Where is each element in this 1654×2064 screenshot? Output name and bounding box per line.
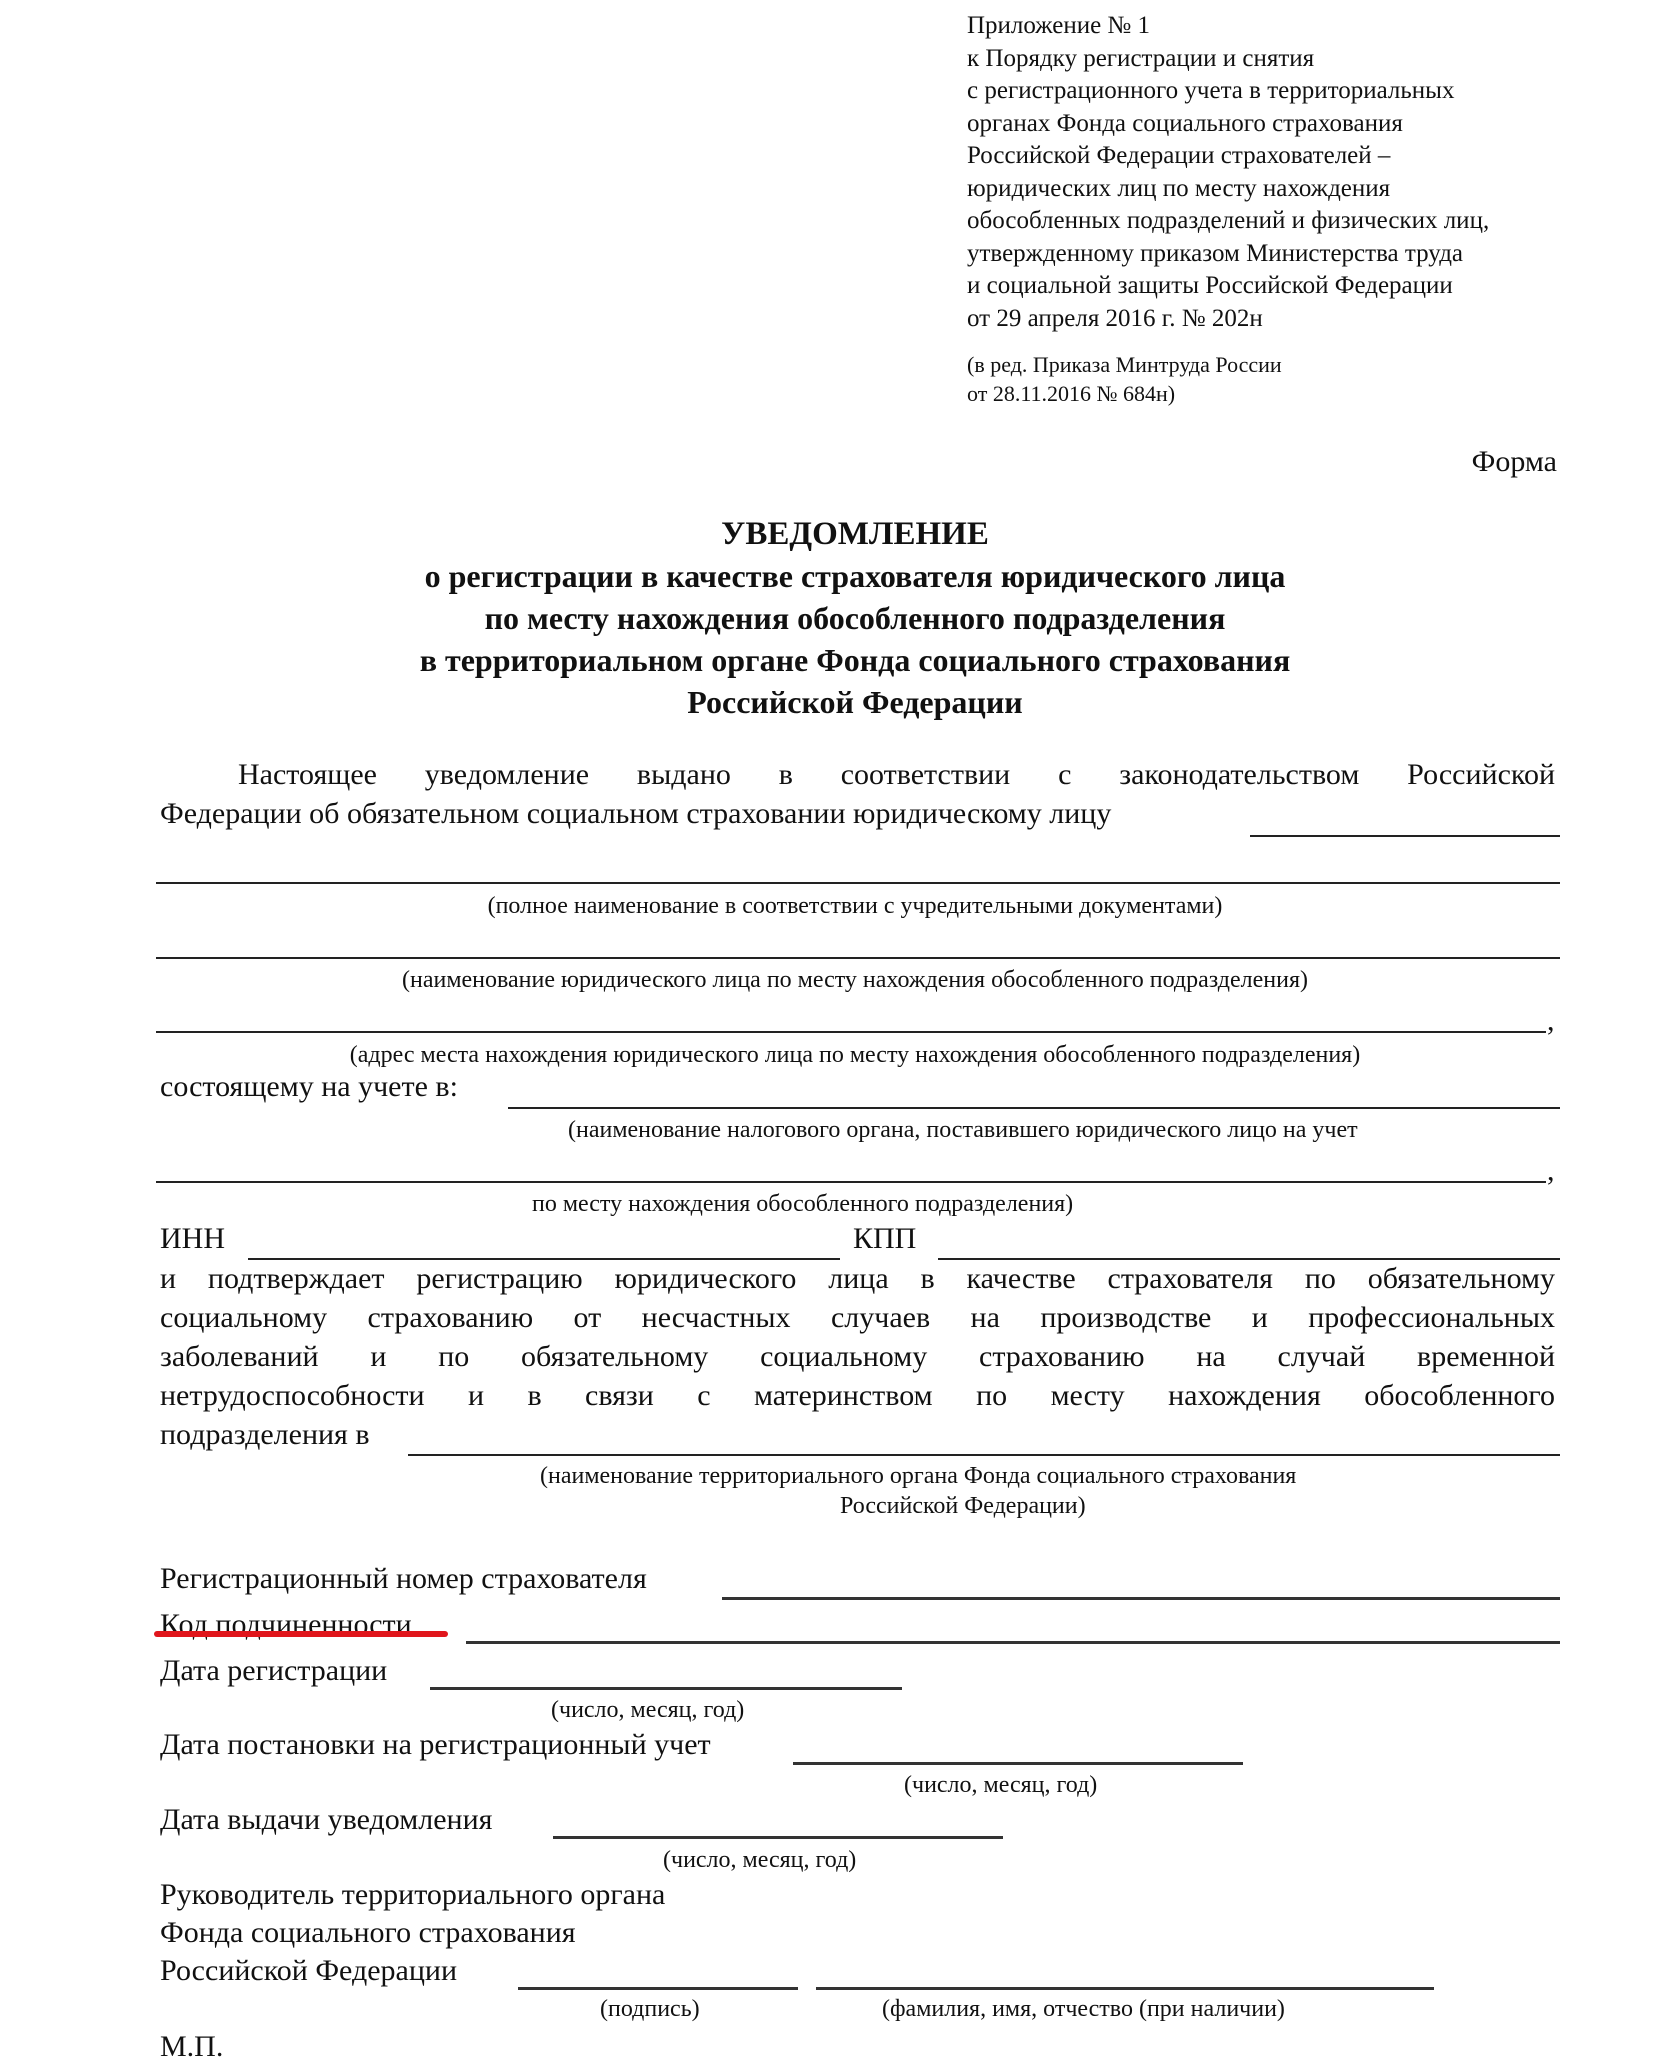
registration-number-field[interactable] bbox=[722, 1597, 1560, 1600]
appendix-line: от 29 апреля 2016 г. № 202н bbox=[967, 303, 1489, 336]
subdivision-name-field[interactable] bbox=[156, 957, 1560, 959]
confirmation-last-line: подразделения в bbox=[160, 1418, 370, 1452]
title-line: о регистрации в качестве страхователя юр… bbox=[0, 555, 1654, 597]
registration-date-label: Дата регистрации bbox=[160, 1654, 387, 1688]
tax-authority-field-2[interactable] bbox=[156, 1181, 1546, 1183]
fss-body-field[interactable] bbox=[408, 1454, 1560, 1456]
fss-body-hint-1: (наименование территориального органа Фо… bbox=[540, 1463, 1296, 1490]
title-line: Российской Федерации bbox=[0, 681, 1654, 723]
revision-note: (в ред. Приказа Минтруда России от 28.11… bbox=[967, 350, 1282, 408]
signature-title-line: Руководитель территориального органа bbox=[160, 1878, 665, 1912]
appendix-line: Российской Федерации страхователей – bbox=[967, 140, 1489, 173]
tax-authority-hint-2: по месту нахождения обособленного подраз… bbox=[532, 1191, 1073, 1218]
revision-line: (в ред. Приказа Минтруда России bbox=[967, 350, 1282, 379]
full-name-hint: (полное наименование в соответствии с уч… bbox=[0, 893, 1654, 920]
confirmation-line: и подтверждает регистрацию юридического … bbox=[160, 1262, 1555, 1296]
appendix-line: обособленных подразделений и физических … bbox=[967, 205, 1489, 238]
registration-number-label: Регистрационный номер страхователя bbox=[160, 1562, 647, 1596]
stamp-label: М.П. bbox=[160, 2030, 223, 2064]
full-person-name-hint: (фамилия, имя, отчество (при наличии) bbox=[882, 1996, 1285, 2023]
appendix-header: Приложение № 1 к Порядку регистрации и с… bbox=[967, 10, 1489, 335]
confirmation-line: нетрудоспособности и в связи с материнст… bbox=[160, 1379, 1555, 1413]
accounting-date-field[interactable] bbox=[793, 1762, 1243, 1765]
appendix-line: с регистрационного учета в территориальн… bbox=[967, 75, 1489, 108]
signature-title-line: Фонда социального страхования bbox=[160, 1916, 576, 1950]
intro-line-1: Настоящее уведомление выдано в соответст… bbox=[238, 758, 1555, 792]
tax-authority-field[interactable] bbox=[508, 1107, 1560, 1109]
registration-date-field[interactable] bbox=[430, 1687, 902, 1690]
tax-authority-hint-1: (наименование налогового органа, постави… bbox=[568, 1117, 1358, 1144]
title-line: в территориальном органе Фонда социально… bbox=[0, 639, 1654, 681]
comma: , bbox=[1547, 1004, 1555, 1038]
form-label: Форма bbox=[1472, 445, 1557, 479]
appendix-line: юридических лиц по месту нахождения bbox=[967, 173, 1489, 206]
signature-hint: (подпись) bbox=[600, 1996, 700, 2023]
title-main: УВЕДОМЛЕНИЕ bbox=[0, 513, 1654, 555]
revision-line: от 28.11.2016 № 684н) bbox=[967, 379, 1282, 408]
kpp-label: КПП bbox=[853, 1222, 916, 1256]
subdivision-name-hint: (наименование юридического лица по месту… bbox=[0, 967, 1654, 994]
accounting-date-label: Дата постановки на регистрационный учет bbox=[160, 1728, 711, 1762]
document-title: УВЕДОМЛЕНИЕ о регистрации в качестве стр… bbox=[0, 513, 1654, 723]
subordination-code-field[interactable] bbox=[466, 1641, 1560, 1644]
registered-at-label: состоящему на учете в: bbox=[160, 1070, 458, 1104]
issue-date-field[interactable] bbox=[553, 1836, 1003, 1839]
appendix-line: утвержденному приказом Министерства труд… bbox=[967, 238, 1489, 271]
full-name-field[interactable] bbox=[156, 882, 1560, 884]
signature-field[interactable] bbox=[518, 1987, 798, 1990]
full-person-name-field[interactable] bbox=[816, 1987, 1434, 1990]
signature-title-line: Российской Федерации bbox=[160, 1954, 457, 1988]
appendix-line: Приложение № 1 bbox=[967, 10, 1489, 43]
title-line: по месту нахождения обособленного подраз… bbox=[0, 597, 1654, 639]
comma: , bbox=[1547, 1154, 1555, 1188]
inn-field[interactable] bbox=[248, 1258, 840, 1260]
address-hint: (адрес места нахождения юридического лиц… bbox=[0, 1042, 1654, 1069]
inn-label: ИНН bbox=[160, 1222, 225, 1256]
issue-date-hint: (число, месяц, год) bbox=[663, 1847, 856, 1874]
issue-date-label: Дата выдачи уведомления bbox=[160, 1803, 492, 1837]
registration-date-hint: (число, месяц, год) bbox=[551, 1697, 744, 1724]
highlight-underline bbox=[154, 1631, 448, 1637]
kpp-field[interactable] bbox=[938, 1258, 1560, 1260]
legal-entity-field[interactable] bbox=[1250, 835, 1560, 837]
appendix-line: к Порядку регистрации и снятия bbox=[967, 43, 1489, 76]
fss-body-hint-2: Российской Федерации) bbox=[840, 1493, 1086, 1520]
intro-line-2: Федерации об обязательном социальном стр… bbox=[160, 797, 1111, 831]
confirmation-line: заболеваний и по обязательному социально… bbox=[160, 1340, 1555, 1374]
accounting-date-hint: (число, месяц, год) bbox=[904, 1772, 1097, 1799]
address-field[interactable] bbox=[156, 1031, 1546, 1033]
appendix-line: и социальной защиты Российской Федерации bbox=[967, 270, 1489, 303]
appendix-line: органах Фонда социального страхования bbox=[967, 108, 1489, 141]
confirmation-line: социальному страхованию от несчастных сл… bbox=[160, 1301, 1555, 1335]
